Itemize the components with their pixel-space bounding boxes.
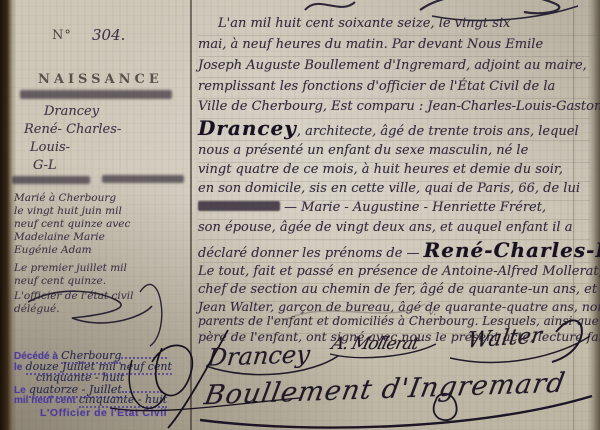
dotted-line	[121, 347, 167, 359]
marriage-date-line: Le premier juillet mil	[14, 262, 127, 275]
margin-marriage-note: Marié à Cherbourg le vingt huit juin mil…	[14, 192, 130, 257]
margin-child-firstnames-2: Louis-	[30, 140, 70, 155]
officer-note-line: L'officier de l'état civil	[14, 290, 133, 303]
section-title: NAISSANCE	[38, 72, 163, 87]
margin-marriage-date: Le premier juillet mil neuf cent quinze.	[14, 262, 127, 288]
act-line-father-name: Drancey, architecte, âgé de trente trois…	[198, 116, 590, 141]
margin-rule	[190, 0, 192, 430]
signature-witness-mollerat: A. Mollerat	[330, 334, 421, 354]
act-line: remplissant les fonctions d'officier de …	[198, 79, 590, 99]
marriage-note-line: Madelaine Marie	[14, 231, 130, 244]
marriage-date-line: neuf cent quinze.	[14, 275, 127, 288]
registry-page: N° 304. NAISSANCE Drancey René- Charles-…	[0, 0, 600, 430]
father-name-emphasis: Drancey	[198, 116, 297, 140]
act-line: son épouse, âgée de vingt deux ans, et a…	[198, 220, 590, 240]
signature-witness-walter: Walter	[466, 323, 544, 353]
death-stamp-officer: L'Officier de l'Etat Civil	[40, 407, 167, 419]
act-number-label: N°	[52, 28, 72, 43]
signature-officer: Boullement d'Ingremard	[202, 368, 568, 411]
act-line-child-name: déclaré donner les prénoms de — René-Cha…	[198, 238, 590, 263]
act-number: 304.	[92, 26, 125, 44]
marriage-note-line: le vingt huit juin mil	[14, 205, 130, 218]
struck-out-word	[198, 201, 280, 211]
act-line: mai, à neuf heures du matin. Par devant …	[198, 37, 590, 57]
margin-child-firstnames-1: René- Charles-	[24, 122, 121, 137]
act-line: en son domicile, sis en cette ville, qua…	[198, 181, 590, 201]
dotted-line	[122, 381, 162, 393]
act-line: L'an mil huit cent soixante seize, le vi…	[198, 16, 600, 36]
officer-note-line: délégué.	[14, 303, 133, 316]
cancelled-stamp-smudge-3	[102, 175, 184, 183]
margin-initials: G-L	[33, 158, 57, 173]
act-line-mother: — Marie - Augustine - Henriette Fréret,	[198, 200, 590, 220]
child-name-emphasis: René-Charles-Louis	[424, 238, 600, 262]
cancelled-stamp-smudge	[20, 90, 172, 99]
cancelled-stamp-smudge-2	[12, 176, 90, 184]
marriage-note-line: Eugénie Adam	[14, 244, 130, 257]
marriage-note-line: neuf cent quinze avec	[14, 218, 130, 231]
record-date-2: cinquante - huit	[79, 393, 167, 408]
death-stamp-row-5: mil neuf cent cinquante - huit	[14, 393, 167, 406]
margin-child-surname: Drancey	[44, 104, 99, 119]
on-label: le	[14, 362, 22, 373]
act-line: Joseph Auguste Boullement d'Ingremard, a…	[198, 58, 590, 78]
stamp-officer-label: L'Officier de l'Etat Civil	[40, 407, 167, 419]
margin-officer-note: L'officier de l'état civil délégué.	[14, 290, 133, 316]
page-top-flourish	[305, 2, 355, 10]
act-body: L'an mil huit cent soixante seize, le vi…	[198, 12, 590, 342]
act-line: vingt quatre de ce mois, à huit heures e…	[198, 162, 590, 182]
margin-officer-signature	[140, 284, 162, 346]
mil-label: mil neuf cent	[14, 395, 76, 406]
act-line: Le tout, fait et passé en présence de An…	[198, 264, 590, 284]
marriage-note-line: Marié à Cherbourg	[14, 192, 130, 205]
pencil-check-mark: v.	[428, 305, 436, 318]
signature-father: Drancey	[206, 340, 311, 372]
act-line: nous a présenté un enfant du sexe mascul…	[198, 143, 590, 163]
